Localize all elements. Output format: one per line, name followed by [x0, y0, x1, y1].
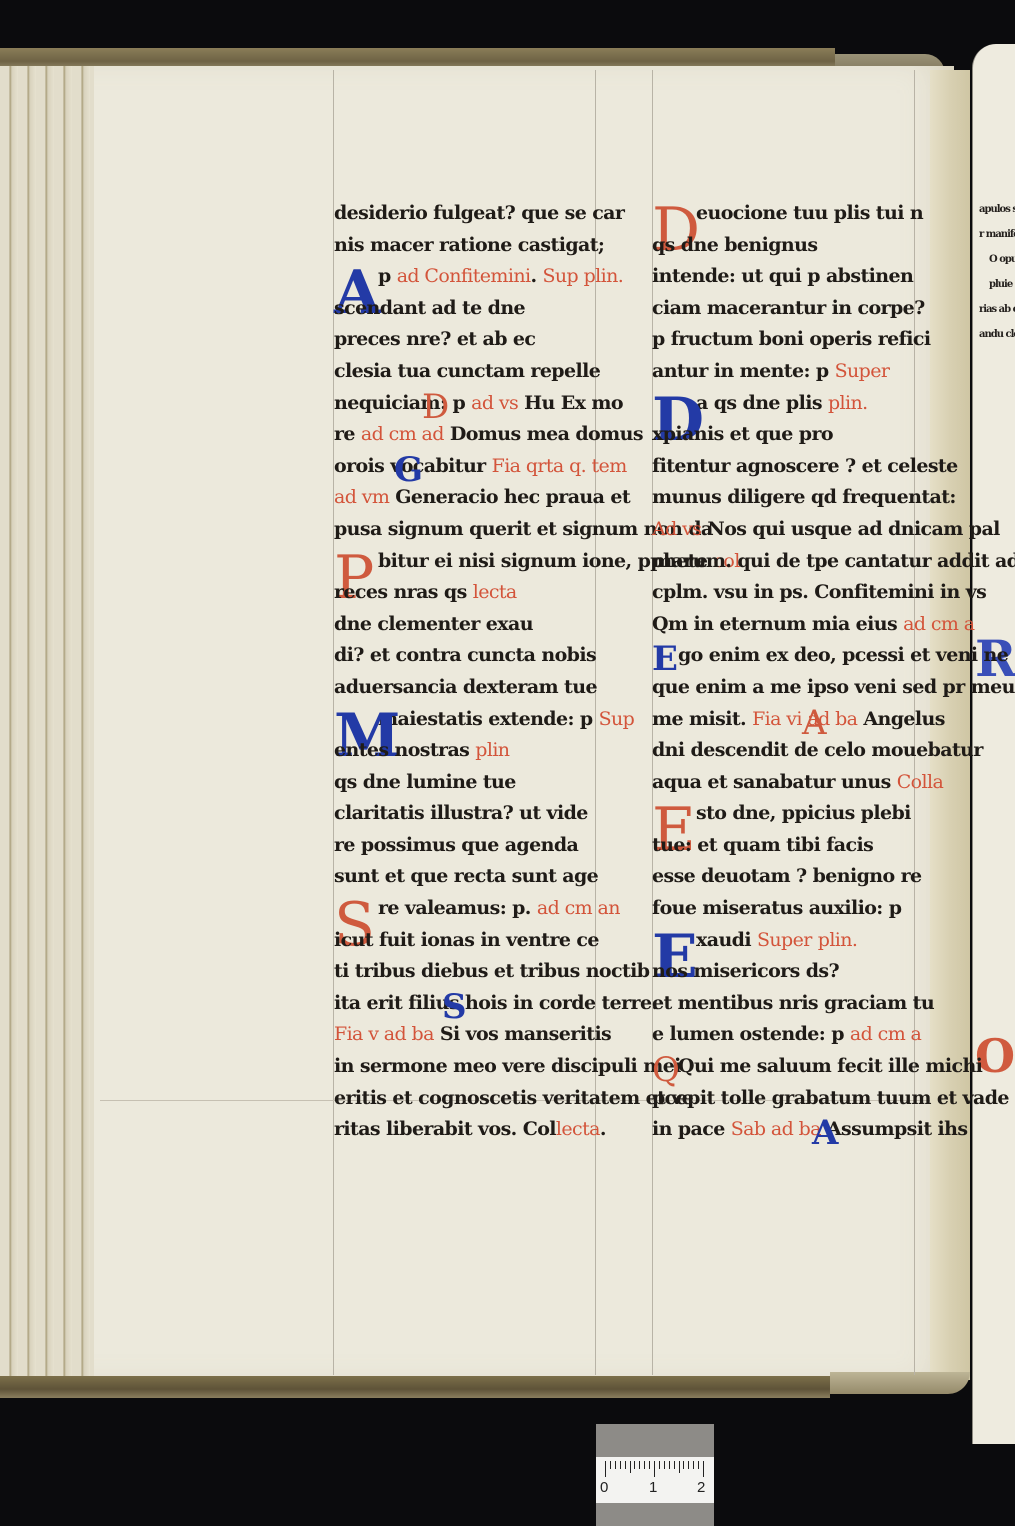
line-text: aqua et sanabatur unus Colla	[652, 771, 943, 793]
line-text: pcepit tolle grabatum tuum et vade	[652, 1087, 1009, 1109]
rubric: ad vm	[334, 486, 389, 508]
manuscript-line: et mentibus nris graciam tu	[652, 992, 914, 1024]
ruler-tick	[679, 1461, 680, 1473]
manuscript-line: re ad cm ad Domus mea domus	[334, 423, 596, 455]
manuscript-line: qs dne benignus	[652, 234, 914, 266]
manuscript-line: fitentur agnoscere ? et celeste	[652, 455, 914, 487]
ruler-tick	[688, 1461, 689, 1469]
manuscript-line: Fia v ad ba Si vos manseritis	[334, 1023, 596, 1055]
manuscript-line: esse deuotam ? benigno re	[652, 865, 914, 897]
line-text: Ad vs Nos qui usque ad dnicam pal	[652, 518, 1000, 540]
rubric: ad cm ad	[361, 423, 444, 445]
line-text: p fructum boni operis refici	[652, 328, 930, 350]
line-text: go enim ex deo, pcessi et veni ne	[652, 644, 1008, 666]
line-text: nos misericors ds?	[652, 960, 839, 982]
line-text: ciam macerantur in corpe?	[652, 297, 925, 319]
line-text: scendant ad te dne	[334, 297, 525, 319]
decorated-initial: A	[802, 706, 826, 740]
manuscript-line: xpianis et que pro	[652, 423, 914, 455]
manuscript-line: tue: et quam tibi facis	[652, 834, 914, 866]
manuscript-line: reces nras qs lecta	[334, 581, 596, 613]
line-text: clesia tua cunctam repelle	[334, 360, 600, 382]
line-text: preces nre? et ab ec	[334, 328, 535, 350]
manuscript-line: Mmaiestatis extende: p Sup	[334, 708, 596, 740]
facing-text: r manifestu	[979, 229, 1015, 241]
manuscript-line: Ap ad Confitemini. Sup plin.	[334, 265, 596, 297]
rubric: Fia v ad ba	[334, 1023, 434, 1045]
ruler-tick	[610, 1461, 611, 1469]
ruler-tick	[634, 1461, 635, 1469]
line-text: nequiciam: p ad vs Hu Ex mo	[334, 392, 623, 414]
line-text: reces nras qs lecta	[334, 581, 517, 603]
manuscript-line: Ad vs Nos qui usque ad dnicam pal	[652, 518, 914, 550]
line-text: et mentibus nris graciam tu	[652, 992, 934, 1014]
decorated-initial: G	[394, 453, 422, 487]
page-stack-edges	[0, 66, 100, 1386]
manuscript-line: desiderio fulgeat? que se car	[334, 202, 596, 234]
manuscript-line: eritis et cognoscetis veritatem et ve	[334, 1087, 596, 1119]
line-text: antur in mente: p Super	[652, 360, 889, 382]
line-text: Fia v ad ba Si vos manseritis	[334, 1023, 611, 1045]
manuscript-line: ciam macerantur in corpe?	[652, 297, 914, 329]
ruler-tick	[703, 1461, 704, 1477]
scale-label-1: 1	[649, 1479, 657, 1496]
line-text: marum. qui de tpe cantatur addit ad	[652, 550, 1015, 572]
manuscript-line: entes nostras plin	[334, 739, 596, 771]
manuscript-line: intende: ut qui p abstinen	[652, 265, 914, 297]
manuscript-line: scendant ad te dne	[334, 297, 596, 329]
line-text: ita erit filius hois in corde terre.	[334, 992, 657, 1014]
manuscript-line: p fructum boni operis refici	[652, 328, 914, 360]
line-text: dne clementer exau	[334, 613, 533, 635]
rubric: ad cm an	[537, 897, 620, 919]
rubric: Sup	[542, 265, 578, 287]
manuscript-line: dne clementer exau	[334, 613, 596, 645]
scale-label-0: 0	[600, 1479, 608, 1496]
ruler-tick	[654, 1461, 655, 1477]
ruler-tick	[698, 1461, 699, 1469]
ruler-tick	[669, 1461, 670, 1469]
ruler-tick	[659, 1461, 660, 1469]
facing-text: andu clem	[979, 329, 1015, 341]
manuscript-line: qs dne lumine tue	[334, 771, 596, 803]
line-text: ritas liberabit vos. Collecta.	[334, 1118, 606, 1140]
line-text: sunt et que recta sunt age	[334, 865, 598, 887]
line-text: eritis et cognoscetis veritatem et ve	[334, 1087, 693, 1109]
ruler-tick	[620, 1461, 621, 1469]
manuscript-line: marum. qui de tpe cantatur addit ad	[652, 550, 914, 582]
line-text: dni descendit de celo mouebatur	[652, 739, 983, 761]
rubric: ad cm a	[903, 613, 974, 635]
line-text: cplm. vsu in ps. Confitemini in vs	[652, 581, 986, 603]
decorated-initial: D	[422, 390, 449, 424]
line-text: ti tribus diebus et tribus noctib	[334, 960, 649, 982]
manuscript-line: di? et contra cuncta nobis	[334, 644, 596, 676]
rubric: lecta	[556, 1118, 600, 1140]
manuscript-line: ritas liberabit vos. Collecta.	[334, 1118, 596, 1150]
line-text: e lumen ostende: p ad cm a	[652, 1023, 921, 1045]
rubric: Sup	[599, 708, 635, 730]
rubric: ad cm a	[850, 1023, 921, 1045]
rubric: lecta	[473, 581, 517, 603]
rubric: ad cm a	[903, 613, 974, 635]
line-text: Qui me saluum fecit ille michi	[652, 1055, 982, 1077]
line-text: intende: ut qui p abstinen	[652, 265, 913, 287]
manuscript-line: munus diligere qd frequentat:	[652, 486, 914, 518]
ruler-tick	[630, 1461, 631, 1473]
ruler-tick	[693, 1461, 694, 1469]
decorated-initial: S	[442, 990, 466, 1024]
manuscript-line: Deuocione tuu plis tui n	[652, 202, 914, 234]
line-text: re possimus que agenda	[334, 834, 578, 856]
line-text: di? et contra cuncta nobis	[334, 644, 596, 666]
manuscript-line: clesia tua cunctam repelle	[334, 360, 596, 392]
rubric: plin	[584, 265, 618, 287]
line-text: nis macer ratione castigat;	[334, 234, 604, 256]
facing-text: pluie q	[979, 279, 1015, 291]
rubric: ad vs	[471, 392, 518, 414]
rubric: Fia qrta q. tem	[492, 455, 627, 477]
manuscript-line: claritatis illustra? ut vide	[334, 802, 596, 834]
rubric: Super	[757, 929, 812, 951]
scale-label-2: 2	[697, 1479, 705, 1496]
line-text: orois vocabitur Fia qrta q. tem	[334, 455, 627, 477]
manuscript-line: cplm. vsu in ps. Confitemini in vs	[652, 581, 914, 613]
ruler-tick	[664, 1461, 665, 1469]
line-text: fitentur agnoscere ? et celeste	[652, 455, 958, 477]
manuscript-line: Esto dne, ppicius plebi	[652, 802, 914, 834]
line-text: Qm in eternum mia eius ad cm a	[652, 613, 974, 635]
rubric: Sup plin.	[542, 265, 623, 287]
book-bottom-edge-spine	[830, 1372, 970, 1394]
manuscript-line: Exaudi Super plin.	[652, 929, 914, 961]
rubric: Ad vs	[652, 518, 701, 540]
ruler-tick	[615, 1461, 616, 1469]
manuscript-line: que enim a me ipso veni sed pr meus ille	[652, 676, 914, 708]
manuscript-line: Sita erit filius hois in corde terre.	[334, 992, 596, 1024]
rubric: ad cm a	[850, 1023, 921, 1045]
manuscript-line: Dnequiciam: p ad vs Hu Ex mo	[334, 392, 596, 424]
facing-text: apulos suo	[979, 204, 1015, 216]
line-text: qs dne benignus	[652, 234, 817, 256]
manuscript-line: re possimus que agenda	[334, 834, 596, 866]
manuscript-line: e lumen ostende: p ad cm a	[652, 1023, 914, 1055]
line-text: re valeamus: p. ad cm an	[334, 897, 620, 919]
line-text: entes nostras plin	[334, 739, 509, 761]
ruler-tick	[674, 1461, 675, 1469]
manuscript-line: Ame misit. Fia vi ad ba Angelus	[652, 708, 914, 740]
decorated-initial: Q	[652, 1053, 679, 1087]
manuscript-line: Ain pace Sab ad ba Assumpsit ihs	[652, 1118, 914, 1150]
manuscript-line: Sre valeamus: p. ad cm an	[334, 897, 596, 929]
manuscript-line: in sermone meo vere discipuli mei	[334, 1055, 596, 1087]
ruler-tick	[625, 1461, 626, 1469]
facing-text: O opul	[979, 254, 1015, 266]
line-text: re ad cm ad Domus mea domus	[334, 423, 643, 445]
manuscript-line: ad vm Generacio hec praua et	[334, 486, 596, 518]
line-text: munus diligere qd frequentat:	[652, 486, 956, 508]
rubric: ad Confitemini	[397, 265, 531, 287]
line-text: xpianis et que pro	[652, 423, 833, 445]
ruler-tick	[649, 1461, 650, 1469]
decorated-initial: E	[652, 642, 677, 676]
ruler-tick	[605, 1461, 606, 1477]
rubric: Super	[835, 360, 890, 382]
line-text: aduersancia dexteram tue	[334, 676, 597, 698]
ruler-tick	[639, 1461, 640, 1469]
right-text-column: Deuocione tuu plis tui nqs dne benignusi…	[652, 202, 914, 1150]
scale-ruler: 0 1 2	[596, 1457, 714, 1503]
line-text: esse deuotam ? benigno re	[652, 865, 922, 887]
line-text: claritatis illustra? ut vide	[334, 802, 588, 824]
rubric: plin.	[818, 929, 858, 951]
manuscript-line: dni descendit de celo mouebatur	[652, 739, 914, 771]
left-text-column: desiderio fulgeat? que se carnis macer r…	[334, 202, 596, 1150]
manuscript-line: icut fuit ionas in ventre ce	[334, 929, 596, 961]
ruler-tick	[644, 1461, 645, 1469]
line-text: tue: et quam tibi facis	[652, 834, 873, 856]
line-text: in sermone meo vere discipuli mei	[334, 1055, 681, 1077]
rubric: plin.	[828, 392, 868, 414]
decorated-initial: A	[812, 1116, 838, 1150]
manuscript-line: Gorois vocabitur Fia qrta q. tem	[334, 455, 596, 487]
manuscript-line: preces nre? et ab ec	[334, 328, 596, 360]
rubric: Sab ad ba	[731, 1118, 821, 1140]
line-text: que enim a me ipso veni sed pr meus ille	[652, 676, 1015, 698]
manuscript-line: Ego enim ex deo, pcessi et veni ne	[652, 644, 914, 676]
manuscript-line: Da qs dne plis plin.	[652, 392, 914, 424]
line-text: desiderio fulgeat? que se car	[334, 202, 624, 224]
line-text: ad vm Generacio hec praua et	[334, 486, 630, 508]
manuscript-line: Qm in eternum mia eius ad cm a	[652, 613, 914, 645]
book-bottom-edge	[0, 1376, 830, 1398]
manuscript-line: Pbitur ei nisi signum ione, pphete col	[334, 550, 596, 582]
line-text: me misit. Fia vi ad ba Angelus	[652, 708, 945, 730]
rubric: Colla	[897, 771, 943, 793]
line-text: foue miseratus auxilio: p	[652, 897, 901, 919]
manuscript-line: QQui me saluum fecit ille michi	[652, 1055, 914, 1087]
manuscript-line: pcepit tolle grabatum tuum et vade	[652, 1087, 914, 1119]
line-text: qs dne lumine tue	[334, 771, 516, 793]
line-text: icut fuit ionas in ventre ce	[334, 929, 599, 951]
line-text: in pace Sab ad ba Assumpsit ihs	[652, 1118, 967, 1140]
facing-text: rias ab e	[979, 304, 1015, 316]
rubric: plin	[475, 739, 509, 761]
ruler-tick	[683, 1461, 684, 1469]
manuscript-line: nos misericors ds?	[652, 960, 914, 992]
